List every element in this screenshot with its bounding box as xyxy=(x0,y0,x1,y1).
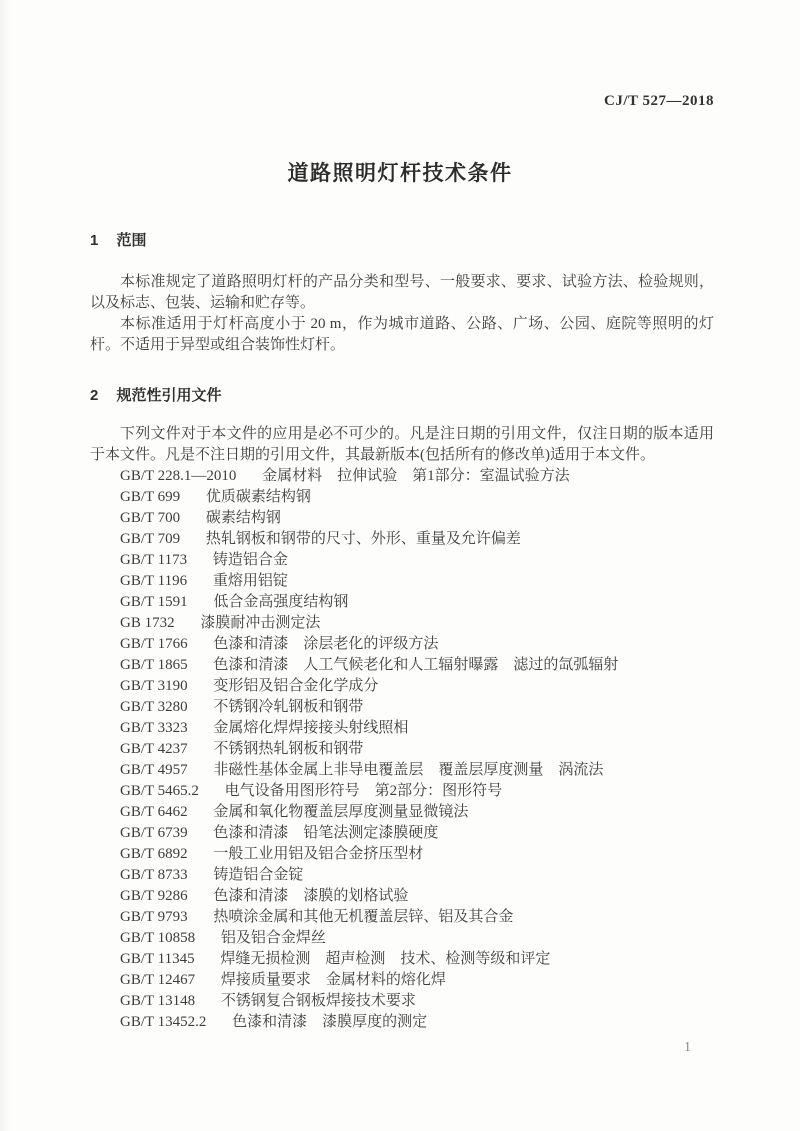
reference-code: GB/T 699 xyxy=(120,487,180,508)
reference-code: GB 1732 xyxy=(120,613,175,634)
reference-code: GB/T 12467 xyxy=(120,970,195,991)
reference-code: GB/T 3190 xyxy=(120,676,188,697)
reference-code: GB/T 3280 xyxy=(120,697,188,718)
reference-item: GB/T 1766 色漆和清漆 涂层老化的评级方法 xyxy=(120,634,714,655)
reference-item: GB/T 1591 低合金高强度结构钢 xyxy=(120,592,714,613)
reference-item: GB/T 11345 焊缝无损检测 超声检测 技术、检测等级和评定 xyxy=(120,949,714,970)
standard-code: CJ/T 527—2018 xyxy=(604,93,714,110)
document-page: CJ/T 527—2018 道路照明灯杆技术条件 1 范围 本标准规定了道路照明… xyxy=(0,0,800,1131)
reference-title: 色漆和清漆 漆膜厚度的测定 xyxy=(232,1014,427,1030)
reference-item: GB/T 13452.2 色漆和清漆 漆膜厚度的测定 xyxy=(120,1012,714,1033)
page-number: 1 xyxy=(684,1040,691,1056)
reference-item: GB/T 5465.2 电气设备用图形符号 第2部分：图形符号 xyxy=(120,781,714,802)
reference-title: 铸造铝合金锭 xyxy=(213,867,303,883)
reference-code: GB/T 13148 xyxy=(120,991,195,1012)
section-1-number: 1 xyxy=(90,230,98,251)
document-title: 道路照明灯杆技术条件 xyxy=(0,157,800,187)
reference-item: GB/T 700 碳素结构钢 xyxy=(120,508,714,529)
reference-code: GB/T 1766 xyxy=(120,634,188,655)
reference-title: 碳素结构钢 xyxy=(206,510,281,526)
reference-title: 色漆和清漆 铅笔法测定漆膜硬度 xyxy=(213,825,438,841)
reference-code: GB/T 8733 xyxy=(120,865,188,886)
reference-title: 不锈钢复合钢板焊接技术要求 xyxy=(221,993,416,1009)
section-1-paragraph-1: 本标准规定了道路照明灯杆的产品分类和型号、一般要求、要求、试验方法、检验规则，以… xyxy=(90,272,714,314)
reference-item: GB 1732 漆膜耐冲击测定法 xyxy=(120,613,714,634)
reference-item: GB/T 3280 不锈钢冷轧钢板和钢带 xyxy=(120,697,714,718)
reference-title: 重熔用铝锭 xyxy=(213,573,288,589)
reference-item: GB/T 12467 焊接质量要求 金属材料的熔化焊 xyxy=(120,970,714,991)
reference-item: GB/T 3323 金属熔化焊焊接接头射线照相 xyxy=(120,718,714,739)
reference-title: 变形铝及铝合金化学成分 xyxy=(213,678,378,694)
reference-title: 金属材料 拉伸试验 第1部分：室温试验方法 xyxy=(262,468,570,484)
reference-code: GB/T 4957 xyxy=(120,760,188,781)
reference-item: GB/T 6739 色漆和清漆 铅笔法测定漆膜硬度 xyxy=(120,823,714,844)
reference-code: GB/T 3323 xyxy=(120,718,188,739)
reference-code: GB/T 13452.2 xyxy=(120,1012,206,1033)
reference-item: GB/T 228.1—2010 金属材料 拉伸试验 第1部分：室温试验方法 xyxy=(120,466,714,487)
reference-title: 电气设备用图形符号 第2部分：图形符号 xyxy=(225,783,503,799)
reference-code: GB/T 1591 xyxy=(120,592,188,613)
reference-item: GB/T 1865 色漆和清漆 人工气候老化和人工辐射曝露 滤过的氙弧辐射 xyxy=(120,655,714,676)
reference-item: GB/T 1173 铸造铝合金 xyxy=(120,550,714,571)
reference-item: GB/T 6892 一般工业用铝及铝合金挤压型材 xyxy=(120,844,714,865)
reference-title: 优质碳素结构钢 xyxy=(206,489,311,505)
reference-title: 漆膜耐冲击测定法 xyxy=(200,615,320,631)
reference-code: GB/T 700 xyxy=(120,508,180,529)
section-1-paragraph-2: 本标准适用于灯杆高度小于 20 m，作为城市道路、公路、广场、公园、庭院等照明的… xyxy=(90,314,714,356)
reference-code: GB/T 709 xyxy=(120,529,180,550)
reference-code: GB/T 228.1—2010 xyxy=(120,466,236,487)
reference-item: GB/T 9286 色漆和清漆 漆膜的划格试验 xyxy=(120,886,714,907)
normative-references-list: GB/T 228.1—2010 金属材料 拉伸试验 第1部分：室温试验方法 GB… xyxy=(120,466,714,1033)
reference-title: 不锈钢热轧钢板和钢带 xyxy=(213,741,363,757)
reference-title: 色漆和清漆 人工气候老化和人工辐射曝露 滤过的氙弧辐射 xyxy=(213,657,618,673)
section-2: 2 规范性引用文件 下列文件对于本文件的应用是必不可少的。凡是注日期的引用文件，… xyxy=(90,385,714,1033)
reference-item: GB/T 9793 热喷涂金属和其他无机覆盖层锌、铝及其合金 xyxy=(120,907,714,928)
reference-code: GB/T 1173 xyxy=(120,550,187,571)
reference-title: 一般工业用铝及铝合金挤压型材 xyxy=(213,846,423,862)
reference-title: 焊缝无损检测 超声检测 技术、检测等级和评定 xyxy=(220,951,550,967)
reference-code: GB/T 6739 xyxy=(120,823,188,844)
section-2-title: 规范性引用文件 xyxy=(117,387,222,404)
reference-item: GB/T 4237 不锈钢热轧钢板和钢带 xyxy=(120,739,714,760)
section-2-heading: 2 规范性引用文件 xyxy=(90,385,714,406)
reference-code: GB/T 5465.2 xyxy=(120,781,199,802)
reference-title: 热轧钢板和钢带的尺寸、外形、重量及允许偏差 xyxy=(206,531,521,547)
section-2-number: 2 xyxy=(90,385,98,406)
section-1-title: 范围 xyxy=(117,232,147,249)
reference-code: GB/T 1196 xyxy=(120,571,187,592)
reference-title: 铝及铝合金焊丝 xyxy=(221,930,326,946)
document-content: 1 范围 本标准规定了道路照明灯杆的产品分类和型号、一般要求、要求、试验方法、检… xyxy=(90,230,714,1033)
reference-title: 金属熔化焊焊接接头射线照相 xyxy=(213,720,408,736)
reference-item: GB/T 8733 铸造铝合金锭 xyxy=(120,865,714,886)
reference-code: GB/T 1865 xyxy=(120,655,188,676)
reference-item: GB/T 4957 非磁性基体金属上非导电覆盖层 覆盖层厚度测量 涡流法 xyxy=(120,760,714,781)
reference-item: GB/T 3190 变形铝及铝合金化学成分 xyxy=(120,676,714,697)
reference-code: GB/T 4237 xyxy=(120,739,188,760)
reference-code: GB/T 6462 xyxy=(120,802,188,823)
section-2-paragraph-1: 下列文件对于本文件的应用是必不可少的。凡是注日期的引用文件，仅注日期的版本适用于… xyxy=(90,424,714,466)
reference-code: GB/T 9793 xyxy=(120,907,188,928)
reference-title: 金属和氧化物覆盖层厚度测量显微镜法 xyxy=(213,804,468,820)
reference-item: GB/T 13148 不锈钢复合钢板焊接技术要求 xyxy=(120,991,714,1012)
reference-title: 低合金高强度结构钢 xyxy=(213,594,348,610)
reference-title: 铸造铝合金 xyxy=(213,552,288,568)
reference-title: 色漆和清漆 涂层老化的评级方法 xyxy=(213,636,438,652)
reference-item: GB/T 10858 铝及铝合金焊丝 xyxy=(120,928,714,949)
reference-title: 非磁性基体金属上非导电覆盖层 覆盖层厚度测量 涡流法 xyxy=(213,762,603,778)
reference-title: 热喷涂金属和其他无机覆盖层锌、铝及其合金 xyxy=(213,909,513,925)
reference-item: GB/T 6462 金属和氧化物覆盖层厚度测量显微镜法 xyxy=(120,802,714,823)
reference-item: GB/T 699 优质碳素结构钢 xyxy=(120,487,714,508)
reference-item: GB/T 709 热轧钢板和钢带的尺寸、外形、重量及允许偏差 xyxy=(120,529,714,550)
reference-code: GB/T 10858 xyxy=(120,928,195,949)
reference-title: 不锈钢冷轧钢板和钢带 xyxy=(213,699,363,715)
reference-item: GB/T 1196 重熔用铝锭 xyxy=(120,571,714,592)
reference-title: 色漆和清漆 漆膜的划格试验 xyxy=(213,888,408,904)
reference-code: GB/T 6892 xyxy=(120,844,188,865)
reference-title: 焊接质量要求 金属材料的熔化焊 xyxy=(221,972,446,988)
reference-code: GB/T 11345 xyxy=(120,949,195,970)
reference-code: GB/T 9286 xyxy=(120,886,188,907)
section-1-heading: 1 范围 xyxy=(90,230,714,251)
